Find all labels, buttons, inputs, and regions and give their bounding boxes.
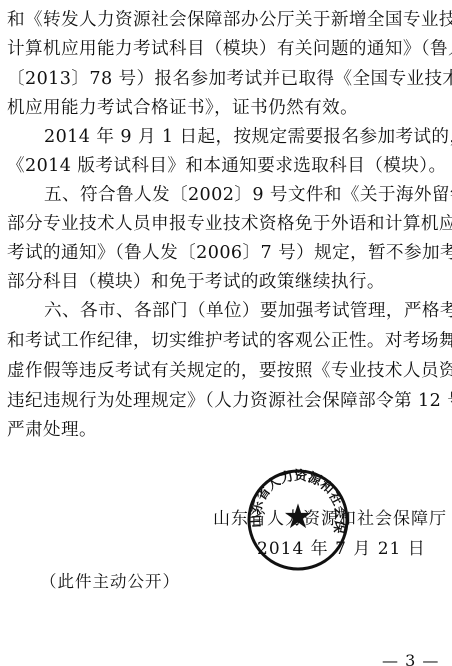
page-number: — 3 — [382, 651, 439, 666]
paragraph-line: 和《转发人力资源社会保障部办公厅关于新增全国专业技术人员 [7, 6, 449, 35]
paragraph-line: 《2014 版考试科目》和本通知要求选取科目（模块）。 [7, 152, 449, 181]
official-seal-stamp: 山东省人力资源和社会保障厅 ★ [246, 468, 350, 572]
paragraph-line: 虚作假等违反考试有关规定的，要按照《专业技术人员资格考试 [7, 357, 449, 386]
paragraph-line: 〔2013〕78 号）报名参加考试并已取得《全国专业技术人员计算 [7, 65, 449, 94]
paragraph-line: 部分专业技术人员申报专业技术资格免于外语和计算机应用能力 [7, 210, 449, 239]
disclosure-note: （此件主动公开） [40, 568, 180, 592]
paragraph-line: 考试的通知》（鲁人发〔2006〕7 号）规定，暂不参加考试、只考 [7, 239, 449, 268]
paragraph-line: 严肃处理。 [7, 416, 449, 445]
paragraph-line: 计算机应用能力考试科目（模块）有关问题的通知》（鲁人社字 [7, 35, 449, 64]
paragraph-line: 六、各市、各部门（单位）要加强考试管理，严格考场纪律 [44, 297, 449, 326]
paragraph-line: 机应用能力考试合格证书》，证书仍然有效。 [7, 94, 449, 123]
paragraph-line: 违纪违规行为处理规定》（人力资源社会保障部令第 12 号），及时 [7, 387, 449, 416]
paragraph-line: 2014 年 9 月 1 日起，按规定需要报名参加考试的，须按照 [44, 123, 449, 152]
star-icon: ★ [283, 497, 313, 537]
paragraph-line: 五、符合鲁人发〔2002〕9 号文件和《关于海外留学回国等 [44, 181, 449, 210]
paragraph-line: 和考试工作纪律，切实维护考试的客观公正性。对考场舞弊、弄 [7, 327, 449, 356]
paragraph-line: 部分科目（模块）和免于考试的政策继续执行。 [7, 268, 449, 297]
